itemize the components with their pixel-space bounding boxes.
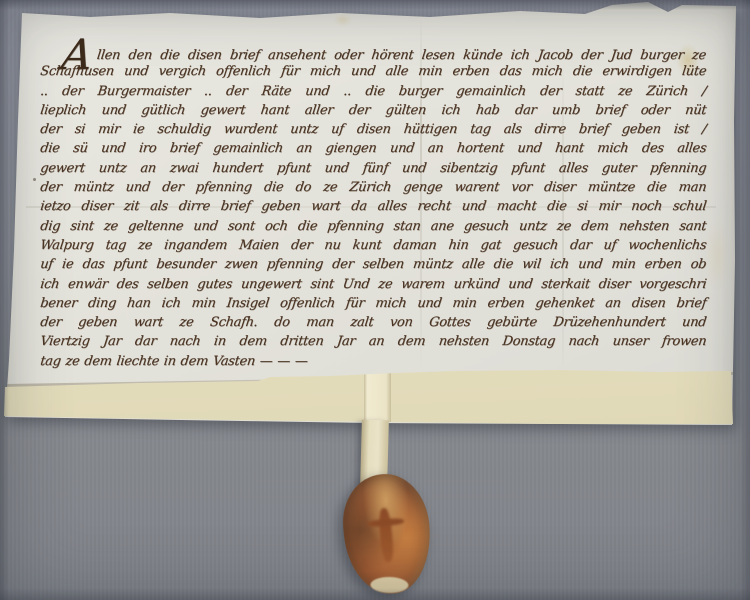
charter-text-line: der müntz und der pfenning die do ze Zür…	[39, 180, 707, 199]
charter-text: Allen den die disen brief ansehent oder …	[40, 45, 706, 373]
charter-text-line: Allen den die disen brief ansehent oder …	[39, 45, 707, 64]
photo-background: Allen den die disen brief ansehent oder …	[0, 0, 750, 600]
seal-tag-slot	[364, 372, 391, 422]
charter-text-line: .. der Burgermaister .. der Räte und .. …	[39, 84, 707, 103]
charter-text-line: bener ding han ich min Insigel offenlich…	[39, 296, 707, 315]
charter-text-line: der geben wart ze Schafh. do man zalt vo…	[39, 315, 707, 334]
charter-text-line: lieplich und gütlich gewert hant aller d…	[39, 103, 707, 122]
parchment-stain	[334, 14, 352, 26]
charter-text-line: ietzo diser zit als dirre brief geben wa…	[39, 199, 707, 218]
charter-text-line: gewert untz an zwai hundert pfunt und fü…	[39, 161, 707, 180]
ink-speck	[33, 178, 36, 181]
charter-text-line: ich enwär des selben gutes ungewert sint…	[39, 277, 707, 296]
parchment-stain	[706, 220, 728, 290]
charter-text-line: dig sint ze geltenne und sont och die pf…	[39, 219, 707, 238]
seal-chip	[370, 577, 408, 594]
charter-text-line: Viertzig Jar dar nach in dem dritten Jar…	[39, 334, 707, 353]
charter-text-line: Walpurg tag ze ingandem Maien der nu kun…	[39, 238, 707, 257]
charter-text-line: der si mir ie schuldig wurdent untz uf d…	[39, 122, 707, 141]
wax-seal	[339, 470, 435, 597]
charter-text-line: uf ie das pfunt besunder zwen pfenning d…	[39, 257, 707, 276]
charter-text-line: die sü und iro brief gemainlich an gieng…	[39, 141, 707, 160]
charter-text-line: Schafhusen und vergich offenlich für mic…	[39, 64, 707, 83]
ink-speck	[8, 242, 10, 244]
charter-text-line: tag ze dem liechte in dem Vasten — — —	[39, 354, 707, 373]
